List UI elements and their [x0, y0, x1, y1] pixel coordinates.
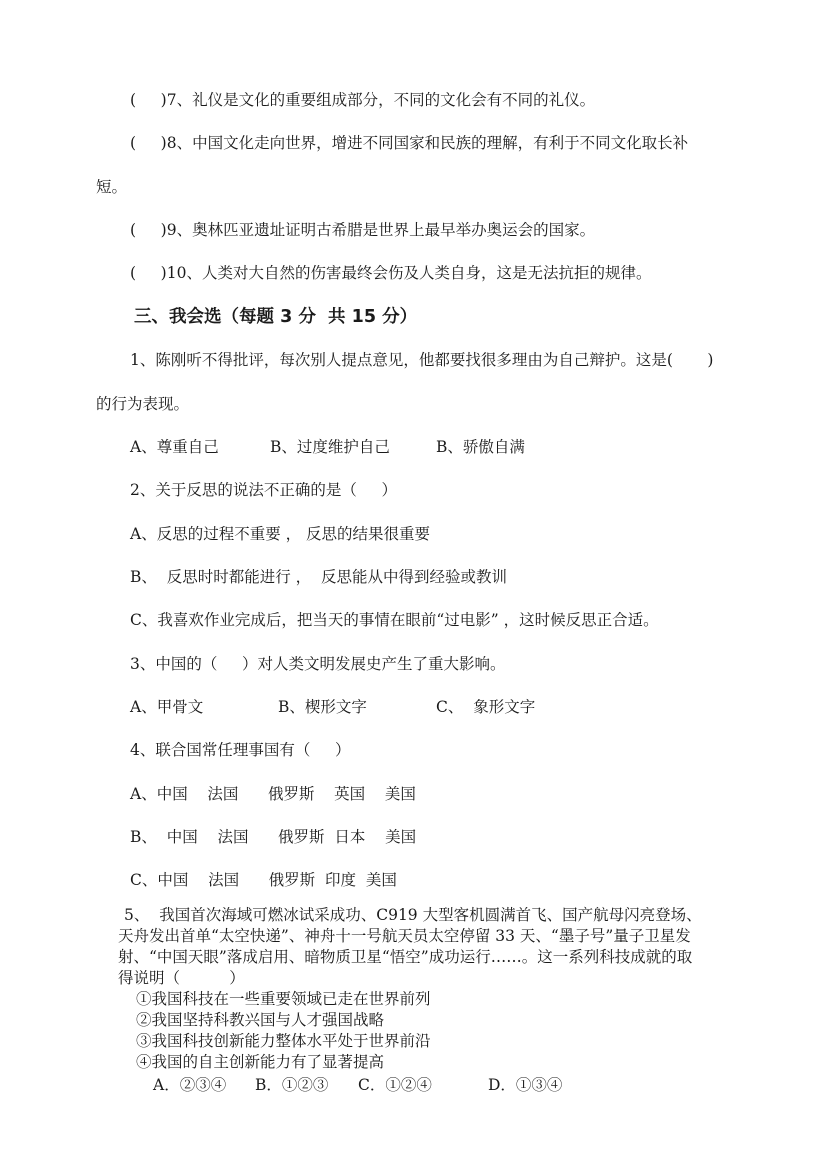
question-5-stem-line-2: 天舟发出首单“太空快递”、神舟十一号航天员太空停留 33 天、“墨子号”量子卫星… — [118, 926, 691, 946]
question-1-option-c: B、骄傲自满 — [436, 437, 525, 457]
question-1-option-a: A、尊重自己 — [130, 437, 219, 457]
tf-item-9: ( )9、奥林匹亚遗址证明古希腊是世界上最早举办奥运会的国家。 — [130, 220, 595, 240]
question-5-option-c: C．①②④ — [358, 1075, 432, 1095]
question-5-statement-4: ④我国的自主创新能力有了显著提高 — [136, 1052, 384, 1072]
question-5-statement-1: ①我国科技在一些重要领域已走在世界前列 — [136, 989, 431, 1009]
question-5-stem-line-4: 得说明（ ） — [118, 968, 245, 988]
question-2-option-b: B、 反思时时都能进行 ， 反思能从中得到经验或教训 — [130, 567, 507, 587]
tf-item-8: ( )8、中国文化走向世界，增进不同国家和民族的理解，有利于不同文化取长补 — [130, 133, 688, 153]
question-3-option-c: C、 象形文字 — [436, 697, 535, 717]
question-5-stem-line-1: 5、 我国首次海域可燃冰试采成功、C919 大型客机圆满首飞、国产航母闪亮登场、 — [124, 905, 702, 925]
question-5-option-a: A．②③④ — [153, 1075, 226, 1095]
question-3-option-a: A、甲骨文 — [130, 697, 203, 717]
question-5-statement-2: ②我国坚持科教兴国与人才强国战略 — [136, 1010, 384, 1030]
question-4-stem: 4、联合国常任理事国有（ ） — [130, 740, 351, 760]
question-5-stem-line-3: 射、“中国天眼”落成启用、暗物质卫星“悟空”成功运行……。这一系列科技成就的取 — [118, 947, 692, 967]
question-2-stem: 2、关于反思的说法不正确的是（ ） — [130, 480, 397, 500]
question-5-option-d: D．①③④ — [488, 1075, 562, 1095]
question-3-stem: 3、中国的（ ）对人类文明发展史产生了重大影响。 — [130, 654, 506, 674]
question-1-option-b: B、过度维护自己 — [270, 437, 390, 457]
question-5-option-b: B．①②③ — [255, 1075, 328, 1095]
question-2-option-a: A、反思的过程不重要 ， 反思的结果很重要 — [130, 524, 430, 544]
question-4-option-a: A、中国 法国 俄罗斯 英国 美国 — [130, 784, 416, 804]
question-3-option-b: B、楔形文字 — [278, 697, 367, 717]
tf-item-8-continuation: 短。 — [96, 177, 127, 197]
section-heading: 三、我会选（每题 3 分 共 15 分） — [134, 307, 417, 327]
tf-item-10: ( )10、人类对大自然的伤害最终会伤及人类自身，这是无法抗拒的规律。 — [130, 263, 651, 283]
question-5-statement-3: ③我国科技创新能力整体水平处于世界前沿 — [136, 1031, 431, 1051]
question-2-option-c: C、我喜欢作业完成后，把当天的事情在眼前“过电影” ，这时候反思正合适。 — [130, 610, 659, 630]
question-1-stem: 1、陈刚听不得批评，每次别人提点意见，他都要找很多理由为自己辩护。这是( ) — [130, 350, 713, 370]
question-4-option-b: B、 中国 法国 俄罗斯 日本 美国 — [130, 827, 416, 847]
tf-item-7: ( )7、礼仪是文化的重要组成部分，不同的文化会有不同的礼仪。 — [130, 90, 595, 110]
question-4-option-c: C、中国 法国 俄罗斯 印度 美国 — [130, 870, 397, 890]
question-1-stem-continuation: 的行为表现。 — [96, 394, 189, 414]
